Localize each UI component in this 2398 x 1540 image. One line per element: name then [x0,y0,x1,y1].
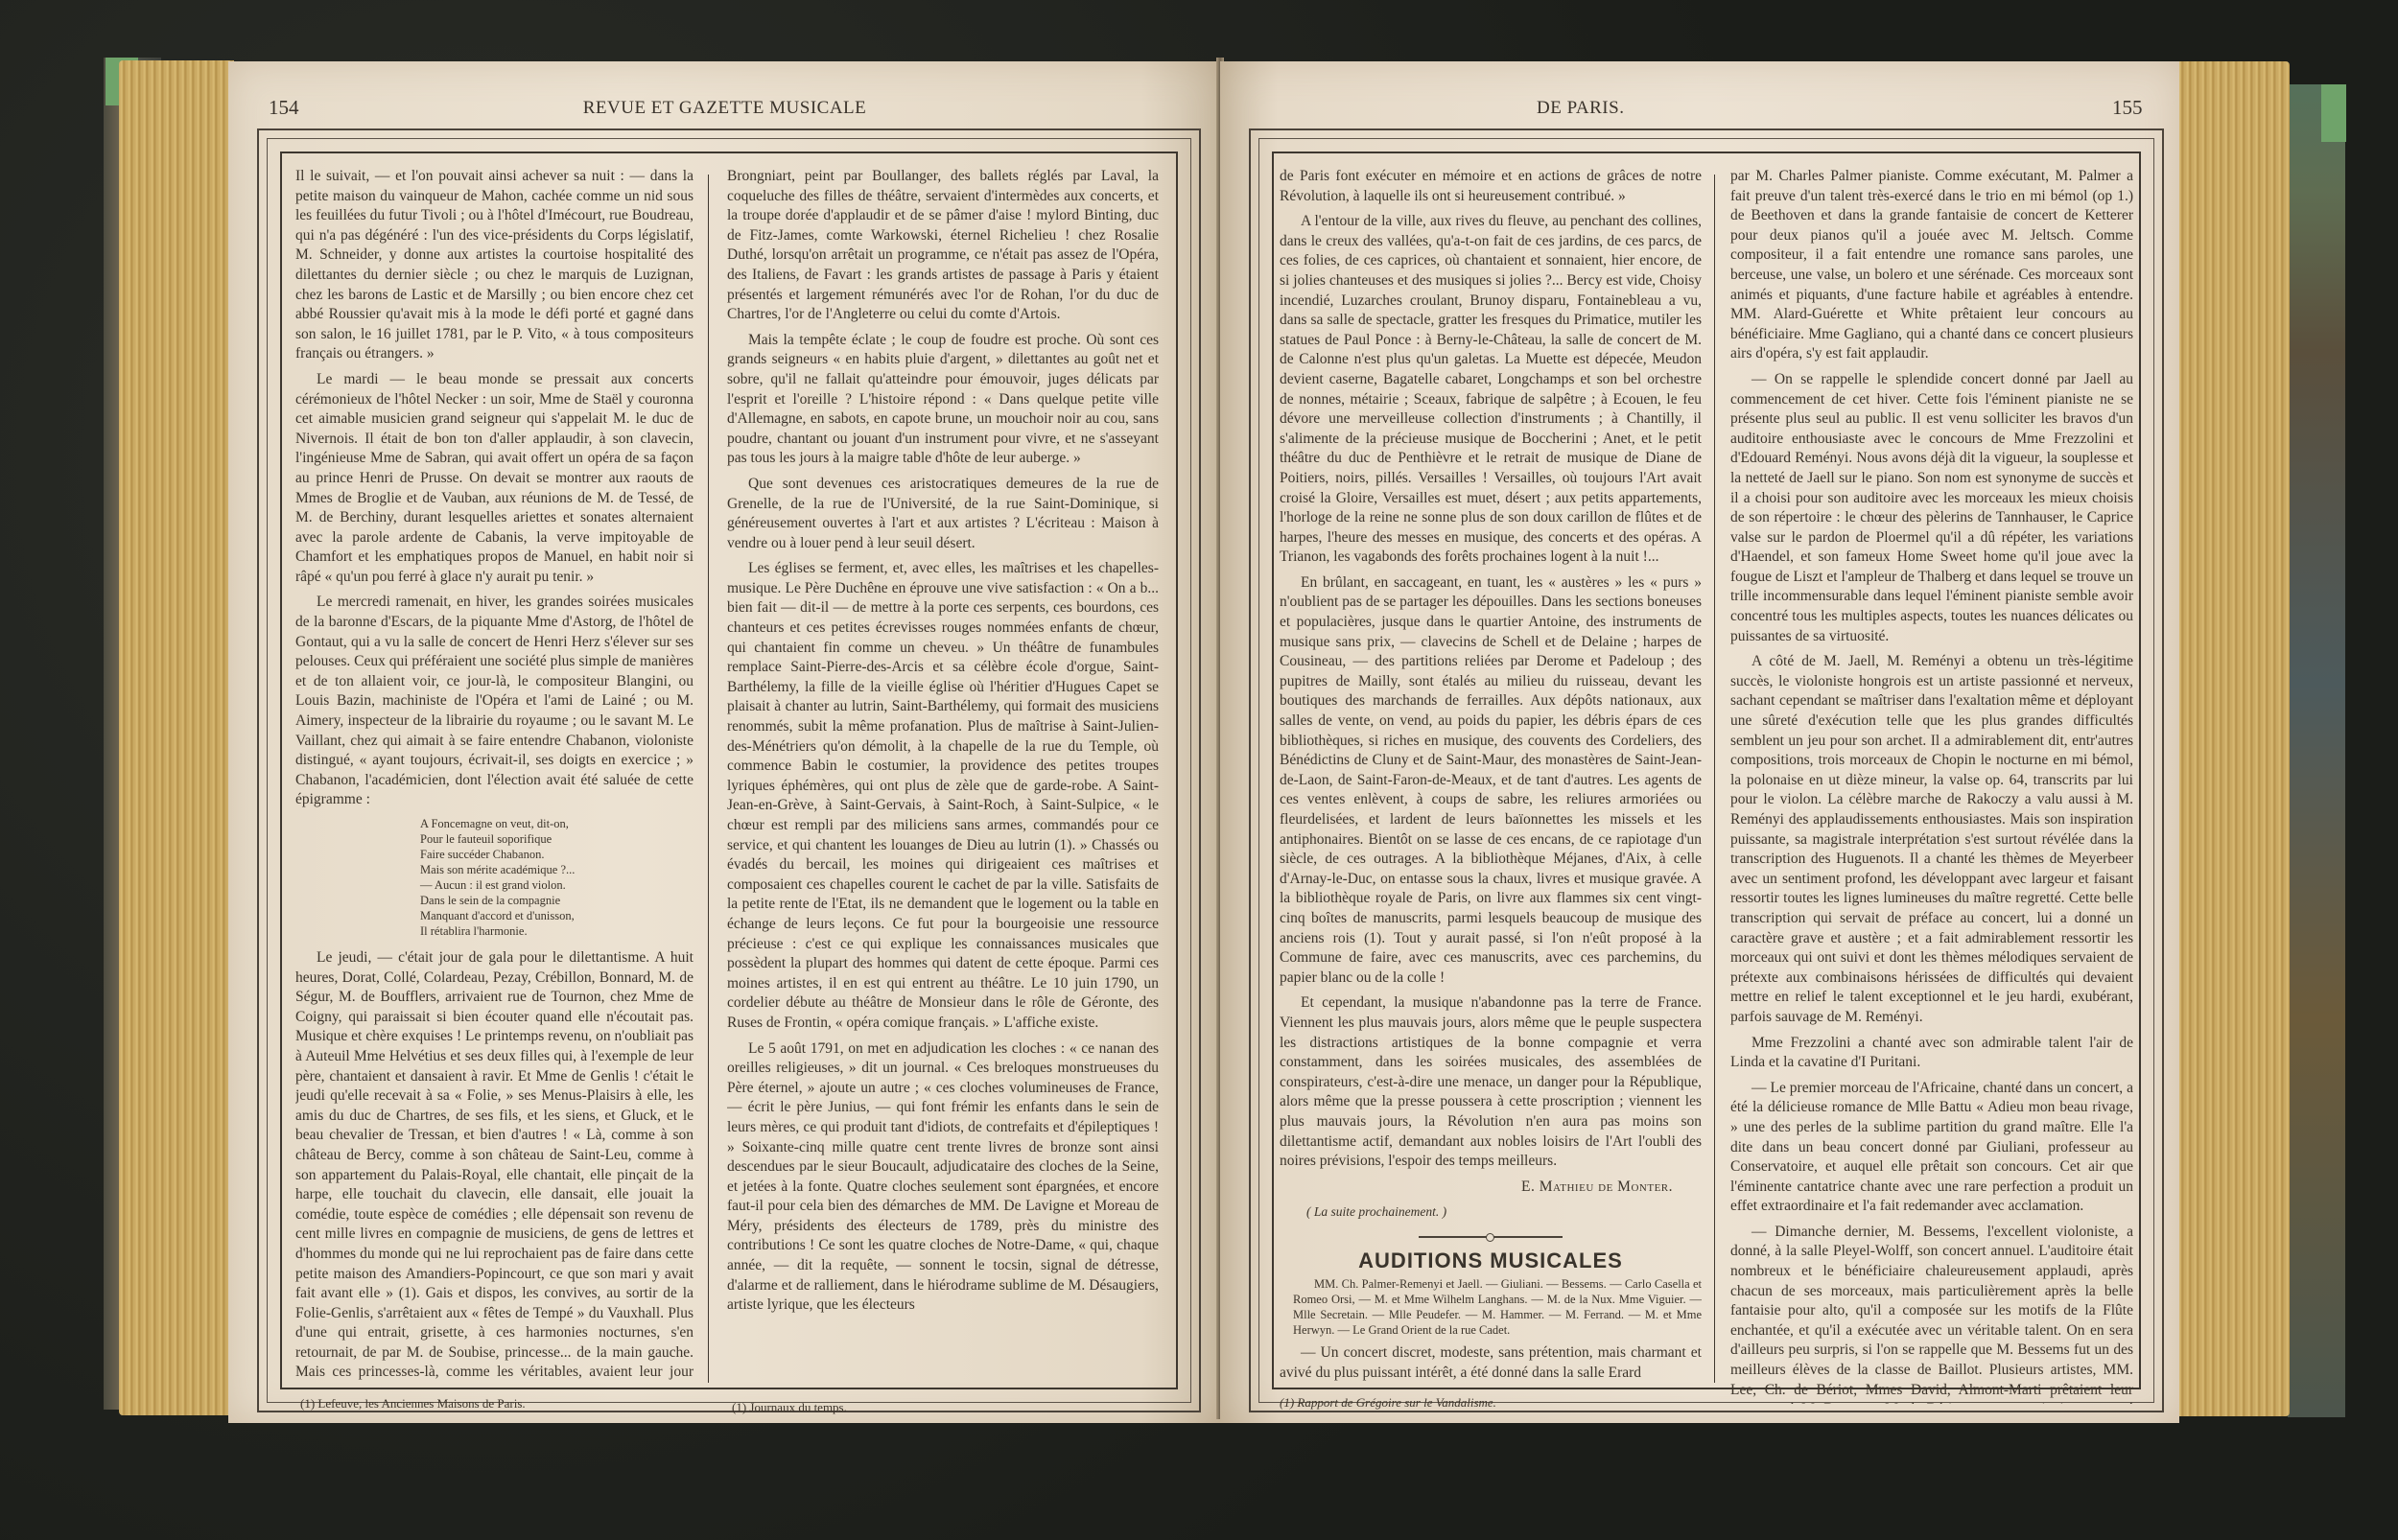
paragraph: Les églises se ferment, et, avec elles, … [727,559,1159,1033]
paragraph: — Un concert discret, modeste, sans prét… [1280,1343,1702,1383]
paragraph: Le mardi — le beau monde se pressait aux… [295,370,694,588]
paragraph: Mme Frezzolini a chanté avec son admirab… [1730,1034,2133,1073]
paragraph: A l'entour de la ville, aux rives du fle… [1280,212,1702,568]
paragraph: Le jeudi, — c'était jour de gala pour le… [295,948,694,1385]
left-column-1: Il le suivait, — et l'on pouvait ainsi a… [295,167,694,1385]
paragraph: A côté de M. Jaell, M. Reményi a obtenu … [1730,652,2133,1027]
verse-line: Dans le sein de la compagnie [420,893,694,908]
section-title: AUDITIONS MUSICALES [1280,1251,1702,1272]
right-page: DE PARIS. 155 de Paris font exécuter en … [1220,61,2179,1423]
page-number: 155 [2112,96,2143,120]
author-signature: E. Mathieu de Monter. [1280,1178,1673,1198]
left-column-2: Brongniart, peint par Boullanger, des ba… [727,167,1159,1385]
verse-line: Il rétablira l'harmonie. [420,923,694,939]
running-head: REVUE ET GAZETTE MUSICALE [228,98,1221,119]
paragraph: Que sont devenues ces aristocratiques de… [727,475,1159,553]
right-gilt-page-edges [2170,61,2290,1416]
footnote-text: (1) Rapport de Grégoire sur le Vandalism… [1280,1395,1496,1410]
ornamental-rule [1419,1230,1563,1244]
footnote: (1) Rapport de Grégoire sur le Vandalism… [1280,1393,1702,1413]
paragraph: de Paris font exécuter en mémoire et en … [1280,167,1702,206]
paragraph: Et cependant, la musique n'abandonne pas… [1280,993,1702,1171]
continuation-note: ( La suite prochainement. ) [1306,1202,1702,1223]
right-cover-edge [2288,84,2345,1417]
verse-line: Faire succéder Chabanon. [420,847,694,862]
left-gilt-page-edges [119,60,234,1415]
paragraph: Il le suivait, — et l'on pouvait ainsi a… [295,167,694,364]
paragraph: Le mercredi ramenait, en hiver, les gran… [295,593,694,810]
paragraph: Le 5 août 1791, on met en adjudication l… [727,1039,1159,1316]
paragraph: Brongniart, peint par Boullanger, des ba… [727,167,1159,325]
column-separator [1714,175,1715,1383]
epigram-verse: A Foncemagne on veut, dit-on, Pour le fa… [420,816,694,939]
verse-line: Pour le fauteuil soporifique [420,831,694,847]
footnote: (1) Lefeuve, les Anciennes Maisons de Pa… [300,1394,698,1414]
paragraph: Mais la tempête éclate ; le coup de foud… [727,331,1159,469]
paragraph: En brûlant, en saccageant, en tuant, les… [1280,573,1702,988]
paragraph: par M. Charles Palmer pianiste. Comme ex… [1730,167,2133,364]
paragraph: — On se rappelle le splendide concert do… [1730,370,2133,646]
verse-line: Manquant d'accord et d'unisson, [420,908,694,923]
footnote: (1) Journaux du temps. [732,1398,1130,1418]
paragraph: — Dimanche dernier, M. Bessems, l'excell… [1730,1223,2133,1404]
paragraph: — Le premier morceau de l'Africaine, cha… [1730,1079,2133,1217]
right-corner-cloth [2321,84,2346,142]
verse-line: Mais son mérite académique ?... [420,862,694,877]
column-separator [708,175,709,1383]
verse-line: A Foncemagne on veut, dit-on, [420,816,694,831]
left-page: 154 REVUE ET GAZETTE MUSICALE Il le suiv… [228,61,1221,1423]
running-head: DE PARIS. [1537,98,1624,119]
section-summary: MM. Ch. Palmer-Remenyi et Jaell. — Giuli… [1280,1276,1702,1338]
right-column-2: par M. Charles Palmer pianiste. Comme ex… [1730,167,2133,1404]
verse-line: — Aucun : il est grand violon. [420,877,694,893]
right-column-1: de Paris font exécuter en mémoire et en … [1280,167,1702,1413]
